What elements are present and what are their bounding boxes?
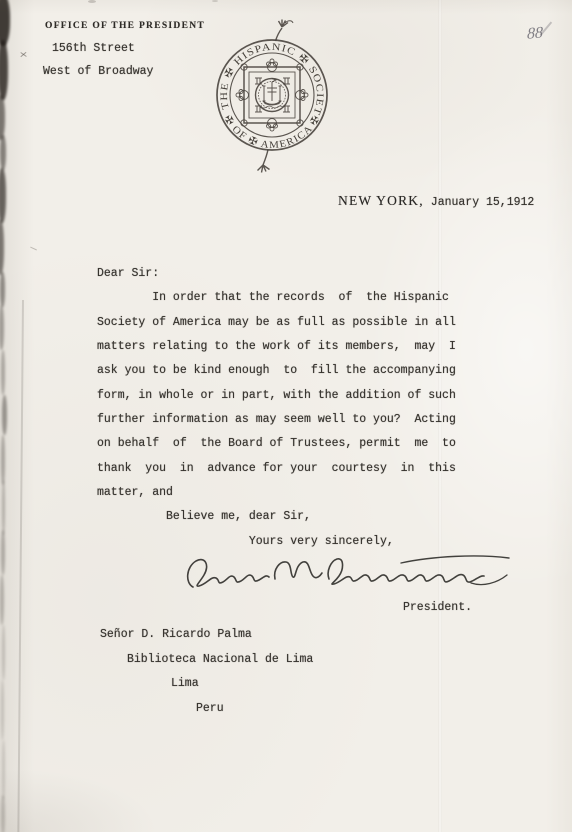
- dateline: NEW YORK, January 15,1912: [338, 193, 534, 209]
- signature-title: President.: [403, 601, 472, 614]
- folio-number: 88: [527, 24, 543, 43]
- body-line: In order that the records of the Hispani…: [97, 286, 456, 310]
- recipient-country: Peru: [100, 697, 313, 722]
- recipient-name: Señor D. Ricardo Palma: [100, 623, 313, 648]
- body-line: Society of America may be as full as pos…: [97, 311, 456, 335]
- letter-page: 88 OFFICE OF THE PRESIDENT 156th Street …: [0, 0, 572, 832]
- pencil-mark: [30, 247, 37, 251]
- signature-handwriting: Archer M. Huntington: [183, 549, 513, 597]
- letter-body: Dear Sir: In order that the records of t…: [97, 262, 456, 554]
- body-line: matters relating to the work of its memb…: [97, 335, 456, 359]
- street-line: 156th Street: [52, 42, 135, 55]
- body-line: Dear Sir:: [97, 262, 456, 286]
- body-line: thank you in advance for your courtesy i…: [97, 457, 456, 481]
- body-line: matter, and: [97, 481, 456, 505]
- page-fold-edge: [17, 300, 23, 832]
- speck: [212, 0, 218, 2]
- body-line: further information as may seem well to …: [97, 408, 456, 432]
- recipient-address: Señor D. Ricardo Palma Biblioteca Nacion…: [100, 623, 313, 721]
- speck: [88, 0, 96, 3]
- body-line: ask you to be kind enough to fill the ac…: [97, 359, 456, 383]
- office-of-president-label: OFFICE OF THE PRESIDENT: [45, 21, 205, 31]
- street-line-2: West of Broadway: [43, 65, 153, 78]
- dateline-city: NEW YORK,: [338, 193, 424, 209]
- dateline-date: January 15,1912: [431, 196, 535, 209]
- recipient-city: Lima: [100, 672, 313, 697]
- recipient-institution: Biblioteca Nacional de Lima: [100, 648, 313, 673]
- hispanic-society-seal-icon: Seal of The Hispanic Society of America …: [195, 14, 350, 176]
- body-line: form, in whole or in part, with the addi…: [97, 384, 456, 408]
- body-closing-line: Believe me, dear Sir,: [97, 505, 456, 529]
- body-line: on behalf of the Board of Trustees, perm…: [97, 432, 456, 456]
- seal-ship: [261, 79, 283, 109]
